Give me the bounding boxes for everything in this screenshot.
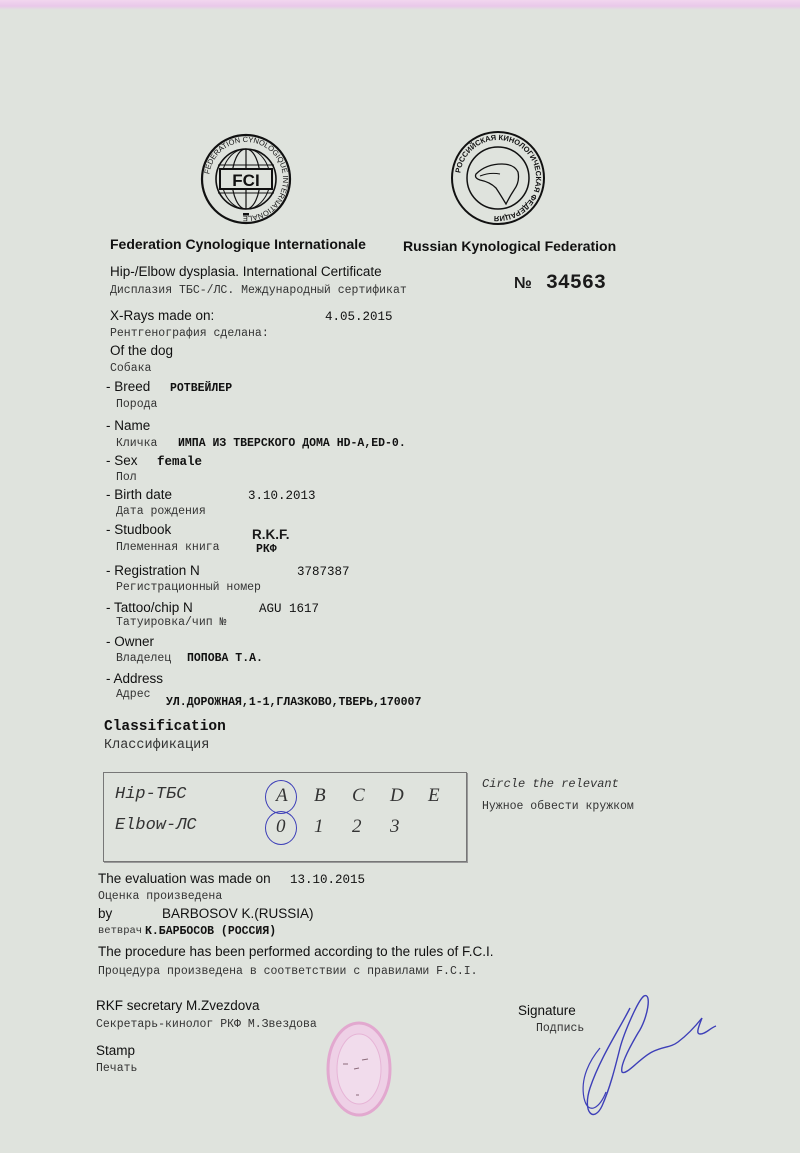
breed-value: РОТВЕЙЛЕР bbox=[170, 382, 232, 395]
birth-date-label-en: - Birth date bbox=[106, 487, 172, 502]
address-label-ru: Адрес bbox=[116, 688, 151, 701]
certificate-title-ru: Дисплазия ТБС-/ЛС. Международный сертифи… bbox=[110, 284, 407, 297]
name-label-ru: Кличка bbox=[116, 437, 157, 450]
dog-section-ru: Собака bbox=[110, 362, 151, 375]
grade-option: C bbox=[352, 785, 365, 807]
procedure-en: The procedure has been performed accordi… bbox=[98, 944, 493, 959]
tattoo-label-en: - Tattoo/chip N bbox=[106, 600, 193, 615]
sex-value: female bbox=[157, 455, 202, 469]
owner-label-en: - Owner bbox=[106, 634, 154, 649]
xray-label-en: X-Rays made on: bbox=[110, 308, 214, 323]
grade-option: 3 bbox=[390, 816, 400, 838]
rkf-stamp-icon bbox=[326, 1020, 392, 1118]
grade-option: B bbox=[314, 785, 326, 807]
org-rkf-name: Russian Kynological Federation bbox=[403, 238, 616, 254]
by-label-ru: ветврач bbox=[98, 925, 142, 937]
fci-logo-icon: FCI FEDERATION CYNOLOGIQUE INTERNATIONAL… bbox=[200, 133, 292, 225]
stamp-label-en: Stamp bbox=[96, 1043, 135, 1058]
evaluation-label-en: The evaluation was made on bbox=[98, 871, 271, 886]
rkf-logo-icon: РОССИЙСКАЯ КИНОЛОГИЧЕСКАЯ ФЕДЕРАЦИЯ bbox=[450, 130, 546, 226]
breed-label-ru: Порода bbox=[116, 398, 157, 411]
secretary-ru: Секретарь-кинолог РКФ М.Звездова bbox=[96, 1018, 317, 1031]
owner-value: ПОПОВА Т.А. bbox=[187, 652, 263, 665]
xray-date: 4.05.2015 bbox=[325, 310, 393, 324]
selected-grade-circle bbox=[265, 780, 297, 814]
procedure-ru: Процедура произведена в соответствии с п… bbox=[98, 965, 478, 978]
selected-grade-circle bbox=[265, 811, 297, 845]
circle-note-ru: Нужное обвести кружком bbox=[482, 800, 634, 813]
grade-option: 2 bbox=[352, 816, 362, 838]
circle-note-en: Circle the relevant bbox=[482, 777, 619, 791]
registration-label-ru: Регистрационный номер bbox=[116, 581, 261, 594]
secretary-en: RKF secretary M.Zvezdova bbox=[96, 998, 260, 1013]
sex-label-ru: Пол bbox=[116, 471, 137, 484]
evaluation-date: 13.10.2015 bbox=[290, 873, 365, 887]
evaluation-label-ru: Оценка произведена bbox=[98, 890, 222, 903]
registration-value: 3787387 bbox=[297, 565, 350, 579]
grade-option: E bbox=[428, 785, 440, 807]
sex-label-en: - Sex bbox=[106, 453, 138, 468]
by-label-en: by bbox=[98, 906, 112, 921]
vet-name-ru: К.БАРБОСОВ (РОССИЯ) bbox=[145, 925, 276, 938]
address-value: УЛ.ДОРОЖНАЯ,1-1,ГЛАЗКОВО,ТВЕРЬ,170007 bbox=[166, 696, 421, 709]
studbook-value-ru: РКФ bbox=[256, 543, 277, 556]
grade-option: 1 bbox=[314, 816, 324, 838]
tattoo-value: AGU 1617 bbox=[259, 602, 319, 616]
owner-label-ru: Владелец bbox=[116, 652, 171, 665]
classification-title-ru: Классификация bbox=[104, 738, 209, 753]
dog-section-en: Of the dog bbox=[110, 343, 173, 358]
signature-scribble-icon bbox=[560, 988, 720, 1128]
stamp-label-ru: Печать bbox=[96, 1062, 137, 1075]
studbook-value-en: R.K.F. bbox=[252, 527, 290, 542]
certificate-title-en: Hip-/Elbow dysplasia. International Cert… bbox=[110, 264, 382, 279]
classification-title-en: Classification bbox=[104, 719, 226, 735]
scan-edge bbox=[0, 0, 800, 10]
birth-date-value: 3.10.2013 bbox=[248, 489, 316, 503]
hip-label: Hip-ТБС bbox=[115, 785, 186, 804]
birth-date-label-ru: Дата рождения bbox=[116, 505, 206, 518]
certificate-number: № 34563 bbox=[514, 272, 606, 295]
xray-label-ru: Рентгенография сделана: bbox=[110, 327, 269, 340]
tattoo-label-ru: Татуировка/чип № bbox=[116, 616, 226, 629]
number-sign: № bbox=[514, 275, 532, 292]
svg-text:FCI: FCI bbox=[232, 171, 259, 190]
studbook-label-ru: Племенная книга bbox=[116, 541, 220, 554]
org-fci-name: Federation Cynologique Internationale bbox=[110, 236, 366, 252]
studbook-label-en: - Studbook bbox=[106, 522, 171, 537]
name-label-en: - Name bbox=[106, 418, 150, 433]
breed-label-en: - Breed bbox=[106, 379, 150, 394]
vet-name-en: BARBOSOV K.(RUSSIA) bbox=[162, 906, 314, 921]
address-label-en: - Address bbox=[106, 671, 163, 686]
grade-option: D bbox=[390, 785, 404, 807]
elbow-label: Elbow-ЛС bbox=[115, 816, 197, 835]
number-value: 34563 bbox=[546, 272, 606, 295]
name-value: ИМПА ИЗ ТВЕРСКОГО ДОМА HD-A,ED-0. bbox=[178, 437, 406, 450]
registration-label-en: - Registration N bbox=[106, 563, 200, 578]
